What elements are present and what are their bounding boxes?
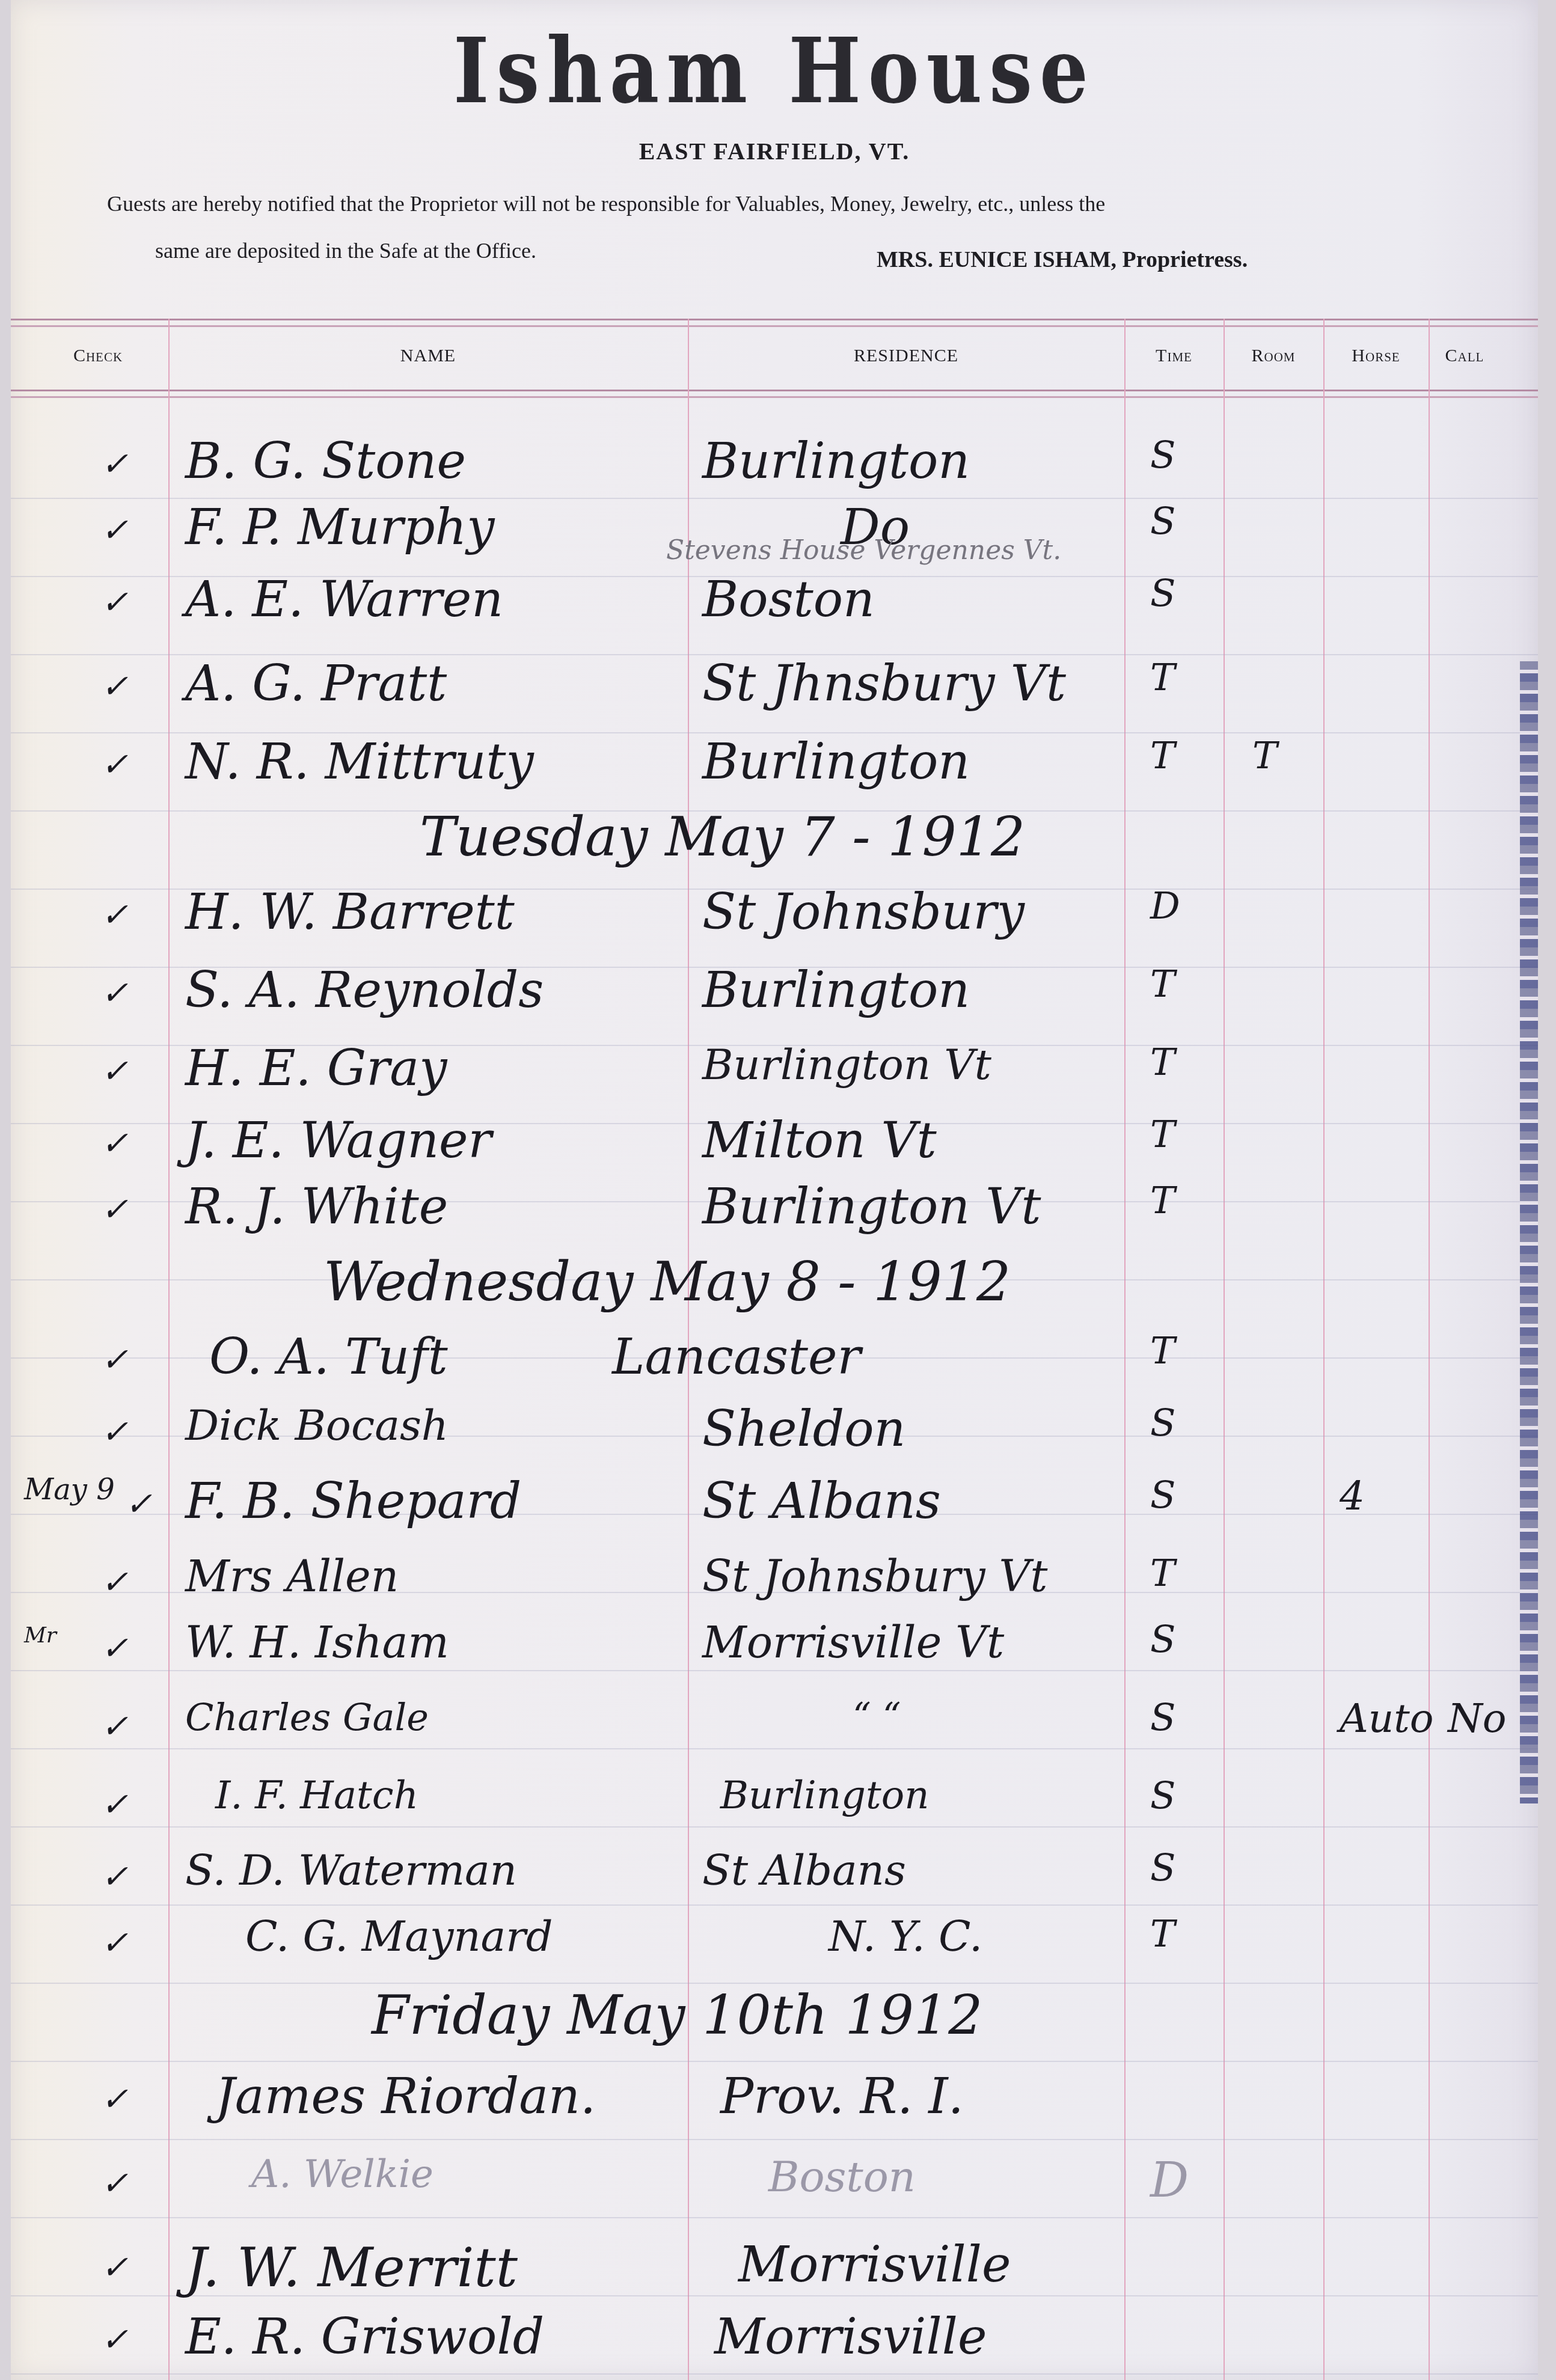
register-entry: ✓ B. G. Stone Burlington S: [11, 433, 1538, 493]
guest-name: S. A. Reynolds: [185, 962, 544, 1019]
register-entry: ✓ H. W. Barrett St Johnsbury D: [11, 884, 1538, 944]
register-entry: ✓ S. D. Waterman St Albans S: [11, 1846, 1538, 1906]
register-entry: ✓ Mrs Allen St Johnsbury Vt T: [11, 1551, 1538, 1611]
arrival-time: S: [1150, 499, 1175, 543]
register-entry: ✓ J. W. Merritt Morrisville: [11, 2236, 1538, 2296]
register-entry: ✓ O. A. Tuft Lancaster T: [11, 1329, 1538, 1389]
check-mark: ✓: [101, 445, 128, 483]
col-header-name: NAME: [168, 346, 688, 366]
check-mark: ✓: [101, 1707, 128, 1745]
column-header-row: Check NAME RESIDENCE Time Room Horse Cal…: [11, 328, 1538, 388]
margin-note: May 9: [24, 1473, 115, 1507]
arrival-time: T: [1150, 1178, 1175, 1222]
check-mark: ✓: [101, 1341, 128, 1378]
arrival-time: S: [1150, 1773, 1175, 1817]
proprietress-line: MRS. EUNICE ISHAM, Proprietress.: [877, 246, 1248, 273]
arrival-time: T: [1150, 1329, 1175, 1372]
guest-name: N. R. Mittruty: [185, 733, 534, 791]
guest-name: James Riordan.: [215, 2068, 596, 2125]
register-entry: May 9 ✓ F. B. Shepard St Albans S 4: [11, 1473, 1538, 1533]
register-entry: ✓ A. G. Pratt St Jhnsbury Vt T: [11, 655, 1538, 715]
register-entry: Mr ✓ W. H. Isham Morrisville Vt S: [11, 1617, 1538, 1677]
horse-number: 4: [1340, 1473, 1365, 1519]
arrival-time: T: [1150, 733, 1175, 777]
residence-annotation: Stevens House Vergennes Vt.: [666, 535, 1061, 566]
room-mark: T: [1252, 733, 1277, 777]
check-mark: ✓: [101, 511, 128, 549]
guest-residence: Burlington: [702, 962, 970, 1019]
guest-residence: St Johnsbury: [702, 884, 1025, 941]
guest-name: Mrs Allen: [185, 1551, 399, 1601]
check-mark: ✓: [125, 1485, 152, 1523]
guest-name: A. G. Pratt: [185, 655, 447, 712]
arrival-time: S: [1150, 1401, 1175, 1445]
guest-residence: Milton Vt: [702, 1112, 937, 1169]
register-entry: ✓ R. J. White Burlington Vt T: [11, 1178, 1538, 1238]
check-mark: ✓: [101, 583, 128, 621]
horse-note: Auto: [1340, 1695, 1433, 1742]
guest-residence: Morrisville Vt: [702, 1617, 1004, 1668]
guest-residence: Burlington Vt: [702, 1178, 1041, 1235]
guest-residence: Morrisville: [738, 2236, 1011, 2293]
hotel-location: EAST FAIRFIELD, VT.: [11, 137, 1538, 165]
col-header-room: Room: [1224, 346, 1323, 366]
guest-name: A. E. Warren: [185, 571, 503, 628]
date-heading: Tuesday May 7 - 1912: [420, 806, 1261, 869]
check-mark: ✓: [101, 1052, 128, 1090]
guest-name: R. J. White: [185, 1178, 448, 1235]
guest-name: S. D. Waterman: [185, 1846, 517, 1895]
check-mark: ✓: [101, 1413, 128, 1451]
arrival-time: T: [1150, 655, 1175, 699]
guest-name: H. W. Barrett: [185, 884, 515, 941]
check-mark: ✓: [101, 1563, 128, 1601]
check-mark: ✓: [101, 1124, 128, 1162]
guest-name: O. A. Tuft: [209, 1329, 448, 1386]
check-mark: ✓: [101, 896, 128, 934]
date-heading: Wednesday May 8 - 1912: [323, 1250, 1165, 1314]
date-heading: Friday May 10th 1912: [372, 1984, 1213, 2047]
arrival-time: T: [1150, 962, 1175, 1006]
check-mark: ✓: [101, 2080, 128, 2118]
guest-name: F. B. Shepard: [185, 1473, 521, 1530]
guest-residence: Burlington Vt: [702, 1040, 991, 1089]
guest-residence: Sheldon: [702, 1401, 905, 1458]
col-header-call: Call: [1429, 346, 1501, 366]
guest-name: H. E. Gray: [185, 1040, 447, 1097]
guest-residence: Boston: [702, 571, 875, 628]
check-mark: ✓: [101, 2164, 128, 2202]
arrival-time: S: [1150, 433, 1175, 477]
check-mark: ✓: [101, 1785, 128, 1823]
check-mark: ✓: [101, 1858, 128, 1895]
guest-name: B. G. Stone: [185, 433, 466, 490]
check-mark: ✓: [101, 2320, 128, 2358]
register-entry: ✓ A. E. Warren Stevens House Vergennes V…: [11, 571, 1538, 631]
register-entry-faint: ✓ A. Welkie Boston D: [11, 2152, 1538, 2212]
header-rule-top: [11, 319, 1538, 327]
arrival-time: T: [1150, 1551, 1175, 1595]
arrival-time: T: [1150, 1912, 1175, 1956]
register-entry: ✓ C. G. Maynard N. Y. C. T: [11, 1912, 1538, 1972]
guest-residence: St Albans: [702, 1473, 941, 1530]
guest-name: C. G. Maynard: [245, 1912, 553, 1961]
guest-residence: Burlington: [702, 433, 970, 490]
guest-residence: St Johnsbury Vt: [702, 1551, 1047, 1601]
col-header-time: Time: [1124, 346, 1224, 366]
register-page: Isham House EAST FAIRFIELD, VT. Guests a…: [11, 0, 1538, 2380]
guest-residence: N. Y. C.: [829, 1912, 982, 1961]
col-header-check: Check: [65, 346, 131, 366]
guest-name: Charles Gale: [185, 1695, 429, 1739]
guest-residence: Lancaster: [612, 1329, 861, 1386]
guest-residence: Burlington: [720, 1773, 929, 1818]
hotel-title: Isham House: [126, 18, 1424, 124]
guest-residence: Morrisville: [714, 2308, 987, 2366]
check-mark: ✓: [101, 1629, 128, 1667]
check-mark: ✓: [101, 667, 128, 705]
arrival-time: D: [1150, 2152, 1189, 2208]
guest-name: F. P. Murphy: [185, 499, 495, 556]
check-mark: ✓: [101, 1190, 128, 1228]
guest-residence: Prov. R. I.: [720, 2068, 964, 2125]
register-entry: ✓ Charles Gale “ “ S Auto No: [11, 1695, 1538, 1755]
register-entry: ✓ J. E. Wagner Milton Vt T: [11, 1112, 1538, 1172]
book-binding-edge: [1520, 661, 1538, 1803]
register-entry: ✓ James Riordan. Prov. R. I.: [11, 2068, 1538, 2128]
check-mark: ✓: [101, 745, 128, 783]
guest-residence: St Albans: [702, 1846, 906, 1895]
register-entry: ✓ N. R. Mittruty Burlington T T: [11, 733, 1538, 794]
check-mark: ✓: [101, 1924, 128, 1962]
guest-name: E. R. Griswold: [185, 2308, 544, 2366]
call-note: No: [1448, 1695, 1507, 1742]
register-entry: ✓ E. R. Griswold Morrisville: [11, 2308, 1538, 2369]
register-entry: ✓ S. A. Reynolds Burlington T: [11, 962, 1538, 1022]
arrival-time: S: [1150, 1846, 1175, 1889]
guest-name: A. Welkie: [251, 2152, 433, 2197]
guest-name: I. F. Hatch: [215, 1773, 418, 1818]
col-header-residence: RESIDENCE: [688, 346, 1124, 366]
register-entry: ✓ Dick Bocash Sheldon S: [11, 1401, 1538, 1461]
register-entry: ✓ H. E. Gray Burlington Vt T: [11, 1040, 1538, 1100]
arrival-time: D: [1150, 884, 1180, 928]
arrival-time: S: [1150, 1617, 1175, 1661]
arrival-time: T: [1150, 1040, 1175, 1084]
check-mark: ✓: [101, 974, 128, 1012]
notice-line-1: Guests are hereby notified that the Prop…: [107, 180, 1442, 227]
guest-residence: “ “: [853, 1695, 901, 1737]
arrival-time: S: [1150, 1473, 1175, 1517]
margin-note: Mr: [24, 1623, 57, 1648]
arrival-time: T: [1150, 1112, 1175, 1156]
guest-name: J. E. Wagner: [185, 1112, 492, 1169]
guest-name: W. H. Isham: [185, 1617, 449, 1668]
check-mark: ✓: [101, 2248, 128, 2286]
arrival-time: S: [1150, 571, 1175, 615]
guest-residence: Boston: [768, 2152, 916, 2201]
guest-residence: St Jhnsbury Vt: [702, 655, 1066, 712]
arrival-time: S: [1150, 1695, 1175, 1739]
guest-residence: Burlington: [702, 733, 970, 791]
col-header-horse: Horse: [1323, 346, 1429, 366]
guest-name: Dick Bocash: [185, 1401, 449, 1450]
header-rule-bottom: [11, 390, 1538, 398]
register-entry: ✓ I. F. Hatch Burlington S: [11, 1773, 1538, 1834]
guest-name: J. W. Merritt: [185, 2236, 518, 2299]
